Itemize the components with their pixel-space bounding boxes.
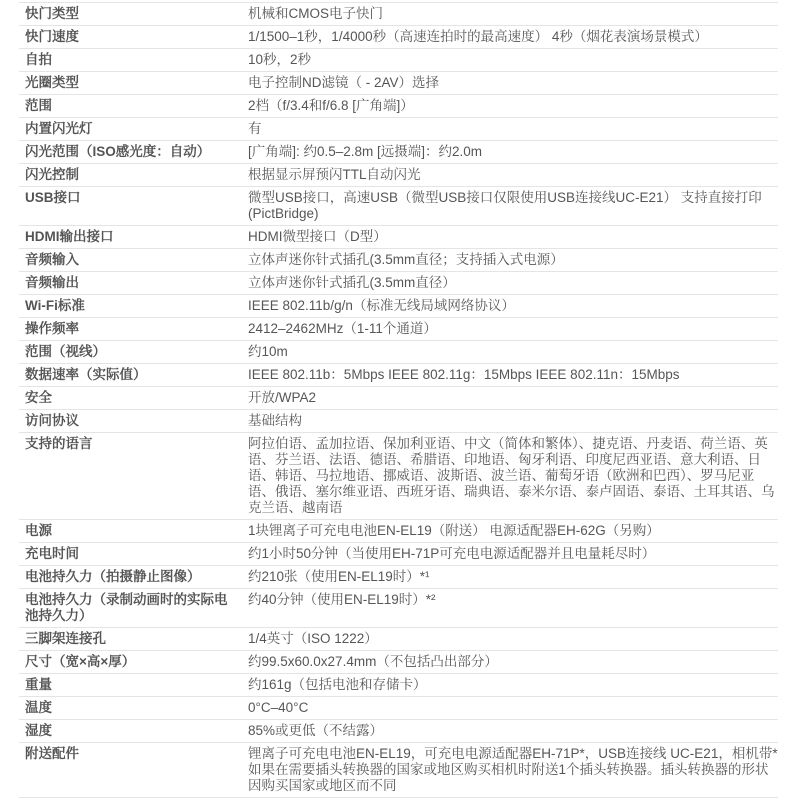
spec-value: [广角端]: 约0.5–2.8m [远摄端]：约2.0m: [248, 144, 778, 160]
spec-label: 光圈类型: [19, 75, 248, 91]
spec-label: 电池持久力（拍摄静止图像）: [19, 569, 248, 585]
spec-row: 三脚架连接孔 1/4英寸（ISO 1222）: [19, 628, 778, 651]
spec-row: 湿度 85%或更低（不结露）: [19, 720, 778, 743]
spec-label: 支持的语言: [19, 436, 248, 452]
spec-row: USB接口 微型USB接口，高速USB（微型USB接口仅限使用USB连接线UC-…: [19, 187, 778, 226]
spec-label: 电源: [19, 523, 248, 539]
spec-row: 音频输出 立体声迷你针式插孔(3.5mm直径）: [19, 272, 778, 295]
spec-value: 锂离子可充电电池EN-EL19，可充电电源适配器EH-71P*，USB连接线 U…: [248, 746, 778, 794]
spec-label: 充电时间: [19, 546, 248, 562]
spec-row: 尺寸（宽×高×厚） 约99.5x60.0x27.4mm（不包括凸出部分）: [19, 651, 778, 674]
spec-label: USB接口: [19, 190, 248, 206]
spec-row: 电池持久力（拍摄静止图像） 约210张（使用EN-EL19时）*¹: [19, 566, 778, 589]
spec-label: 自拍: [19, 52, 248, 68]
spec-row: 内置闪光灯 有: [19, 118, 778, 141]
spec-value: 阿拉伯语、孟加拉语、保加利亚语、中文（简体和繁体）、捷克语、丹麦语、荷兰语、英语…: [248, 436, 778, 516]
spec-row: 光圈类型 电子控制ND滤镜（ - 2AV）选择: [19, 72, 778, 95]
spec-label: 音频输入: [19, 252, 248, 268]
spec-value: 基础结构: [248, 413, 778, 429]
spec-value: 根据显示屏预闪TTL自动闪光: [248, 167, 778, 183]
spec-value: 机械和CMOS电子快门: [248, 6, 778, 22]
spec-row: 闪光范围（ISO感光度：自动） [广角端]: 约0.5–2.8m [远摄端]：约…: [19, 141, 778, 164]
spec-row: 闪光控制 根据显示屏预闪TTL自动闪光: [19, 164, 778, 187]
spec-label: 音频输出: [19, 275, 248, 291]
spec-value: 立体声迷你针式插孔(3.5mm直径；支持插入式电源）: [248, 252, 778, 268]
spec-label: 操作频率: [19, 321, 248, 337]
spec-label: 范围（视线）: [19, 344, 248, 360]
spec-label: 闪光范围（ISO感光度：自动）: [19, 144, 248, 160]
spec-row: 操作频率 2412–2462MHz（1-11个通道）: [19, 318, 778, 341]
spec-label: 数据速率（实际值）: [19, 367, 248, 383]
spec-value: 0°C–40°C: [248, 700, 778, 716]
spec-value: 约161g（包括电池和存储卡）: [248, 677, 778, 693]
spec-value: 2档（f/3.4和f/6.8 [广角端]）: [248, 98, 778, 114]
spec-value: 电子控制ND滤镜（ - 2AV）选择: [248, 75, 778, 91]
spec-value: 约10m: [248, 344, 778, 360]
spec-value: 约40分钟（使用EN-EL19时）*²: [248, 592, 778, 608]
spec-label: 安全: [19, 390, 248, 406]
spec-row: 附送配件 锂离子可充电电池EN-EL19，可充电电源适配器EH-71P*，USB…: [19, 743, 778, 798]
spec-row: 温度 0°C–40°C: [19, 697, 778, 720]
spec-label: 三脚架连接孔: [19, 631, 248, 647]
spec-row: 快门速度 1/1500–1秒，1/4000秒（高速连拍时的最高速度） 4秒（烟花…: [19, 26, 778, 49]
spec-row: 数据速率（实际值） IEEE 802.11b：5Mbps IEEE 802.11…: [19, 364, 778, 387]
spec-row: 安全 开放/WPA2: [19, 387, 778, 410]
spec-value: IEEE 802.11b：5Mbps IEEE 802.11g：15Mbps I…: [248, 367, 778, 383]
spec-value: 微型USB接口，高速USB（微型USB接口仅限使用USB连接线UC-E21） 支…: [248, 190, 778, 222]
spec-row: 重量 约161g（包括电池和存储卡）: [19, 674, 778, 697]
spec-label: 访问协议: [19, 413, 248, 429]
spec-label: 尺寸（宽×高×厚）: [19, 654, 248, 670]
spec-label: 快门类型: [19, 6, 248, 22]
spec-row: 电池持久力（录制动画时的实际电池持久力） 约40分钟（使用EN-EL19时）*²: [19, 589, 778, 628]
spec-value: IEEE 802.11b/g/n（标准无线局域网络协议）: [248, 298, 778, 314]
spec-value: 约210张（使用EN-EL19时）*¹: [248, 569, 778, 585]
spec-value: 1块锂离子可充电电池EN-EL19（附送） 电源适配器EH-62G（另购）: [248, 523, 778, 539]
spec-row: 访问协议 基础结构: [19, 410, 778, 433]
spec-label: HDMI输出接口: [19, 229, 248, 245]
spec-row: 音频输入 立体声迷你针式插孔(3.5mm直径；支持插入式电源）: [19, 249, 778, 272]
spec-label: 附送配件: [19, 746, 248, 762]
camera-spec-table: 快门类型 机械和CMOS电子快门 快门速度 1/1500–1秒，1/4000秒（…: [19, 2, 778, 798]
spec-value: 开放/WPA2: [248, 390, 778, 406]
spec-value: 2412–2462MHz（1-11个通道）: [248, 321, 778, 337]
spec-value: 有: [248, 121, 778, 137]
spec-label: 电池持久力（录制动画时的实际电池持久力）: [19, 592, 248, 624]
spec-label: 重量: [19, 677, 248, 693]
spec-value: 立体声迷你针式插孔(3.5mm直径）: [248, 275, 778, 291]
spec-value: HDMI微型接口（D型）: [248, 229, 778, 245]
spec-row: 快门类型 机械和CMOS电子快门: [19, 3, 778, 26]
spec-label: 湿度: [19, 723, 248, 739]
spec-value: 约1小时50分钟（当使用EH-71P可充电电源适配器并且电量耗尽时）: [248, 546, 778, 562]
spec-label: 闪光控制: [19, 167, 248, 183]
spec-row: 充电时间 约1小时50分钟（当使用EH-71P可充电电源适配器并且电量耗尽时）: [19, 543, 778, 566]
spec-label: 快门速度: [19, 29, 248, 45]
spec-row: 范围 2档（f/3.4和f/6.8 [广角端]）: [19, 95, 778, 118]
spec-value: 1/4英寸（ISO 1222）: [248, 631, 778, 647]
spec-row: 范围（视线） 约10m: [19, 341, 778, 364]
spec-row: HDMI输出接口 HDMI微型接口（D型）: [19, 226, 778, 249]
spec-label: 温度: [19, 700, 248, 716]
spec-value: 1/1500–1秒，1/4000秒（高速连拍时的最高速度） 4秒（烟花表演场景模…: [248, 29, 778, 45]
spec-value: 85%或更低（不结露）: [248, 723, 778, 739]
spec-value: 约99.5x60.0x27.4mm（不包括凸出部分）: [248, 654, 778, 670]
spec-label: 内置闪光灯: [19, 121, 248, 137]
spec-value: 10秒，2秒: [248, 52, 778, 68]
spec-label: Wi-Fi标准: [19, 298, 248, 314]
spec-row: 自拍 10秒，2秒: [19, 49, 778, 72]
spec-label: 范围: [19, 98, 248, 114]
spec-row: Wi-Fi标准 IEEE 802.11b/g/n（标准无线局域网络协议）: [19, 295, 778, 318]
spec-row: 电源 1块锂离子可充电电池EN-EL19（附送） 电源适配器EH-62G（另购）: [19, 520, 778, 543]
spec-row: 支持的语言 阿拉伯语、孟加拉语、保加利亚语、中文（简体和繁体）、捷克语、丹麦语、…: [19, 433, 778, 520]
